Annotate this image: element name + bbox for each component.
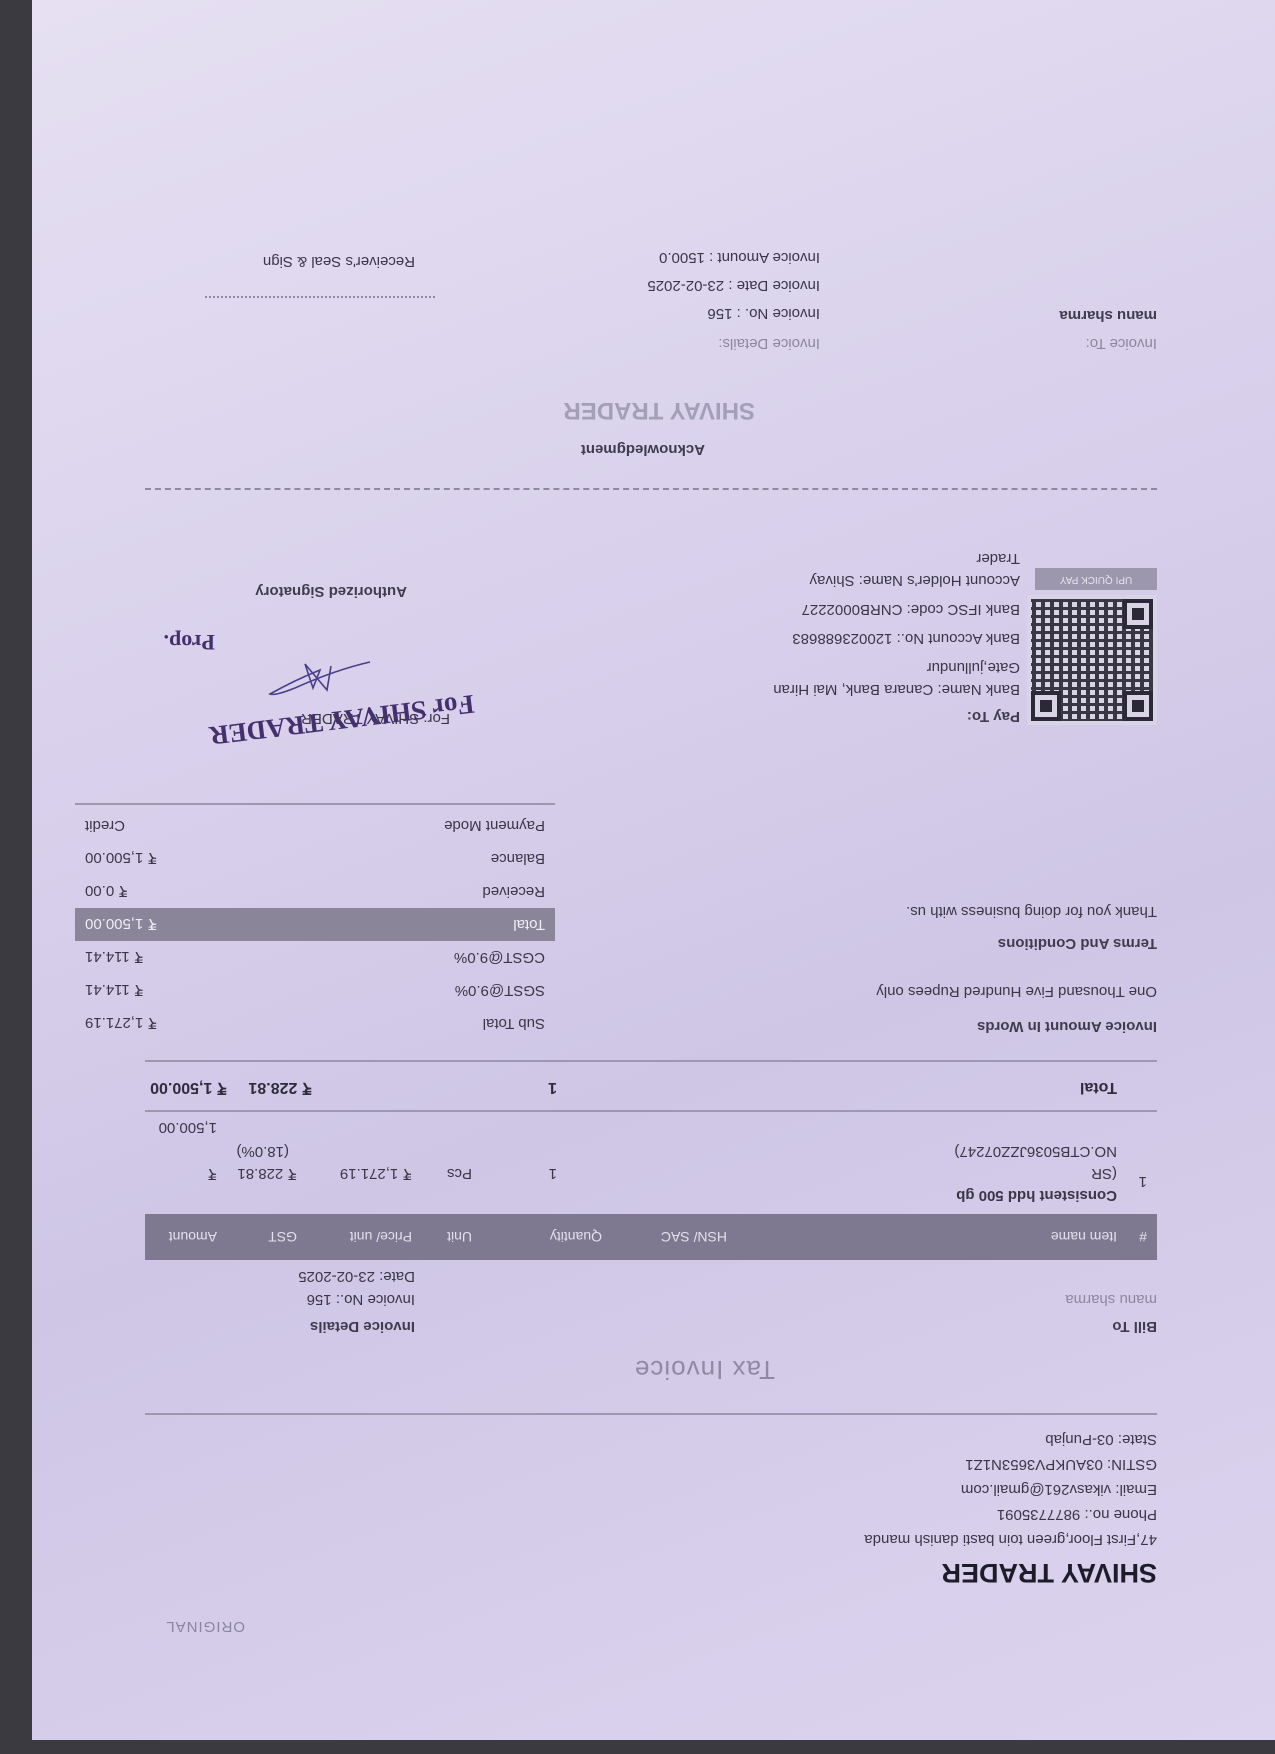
upi-badge: UPI QUICK PAY bbox=[1035, 568, 1157, 590]
invoice-page: ORIGINAL SHIVAY TRADER 47,First Floor,gr… bbox=[32, 0, 1275, 1740]
ack-invoice-to-name: manu sharma bbox=[1059, 307, 1157, 324]
company-phone: Phone no.: 9877735091 bbox=[997, 1506, 1157, 1523]
receiver-sign-line bbox=[205, 296, 435, 298]
receiver-seal-sign-label: Receiver's Seal & Sign bbox=[263, 253, 415, 270]
summary-payment-mode: Payment ModeCredit bbox=[75, 809, 555, 842]
summary-value: ₹ 0.00 bbox=[85, 882, 128, 900]
col-price: Price/ unit bbox=[350, 1214, 412, 1260]
company-gstin: GSTIN: 03AUKPV3653N1Z1 bbox=[965, 1456, 1157, 1473]
bank-name-cont: Gate,jullundur bbox=[927, 659, 1020, 676]
summary-table: Sub Total₹ 1,271.19 SGST@9.0%₹ 114.41 CG… bbox=[75, 807, 555, 1040]
terms-label: Terms And Conditions bbox=[998, 935, 1157, 952]
qr-finder-icon bbox=[1123, 691, 1153, 721]
ack-invoice-date: Invoice Date : 23-02-2025 bbox=[647, 277, 820, 294]
ack-invoice-amount: Invoice Amount : 1500.0 bbox=[659, 249, 820, 266]
authorized-signatory-label: Authorized Signatory bbox=[255, 583, 407, 600]
invoice-date: Date: 23-02-2025 bbox=[298, 1268, 415, 1285]
summary-label: CGST@9.0% bbox=[454, 949, 545, 966]
bill-to-name: manu sharma bbox=[1065, 1291, 1157, 1308]
row-item-serial-2: NO.CTB5036JZZ07247) bbox=[954, 1128, 1117, 1174]
invoice-paper: ORIGINAL SHIVAY TRADER 47,First Floor,gr… bbox=[32, 0, 1275, 1740]
col-index: # bbox=[1139, 1214, 1147, 1260]
company-name: SHIVAY TRADER bbox=[941, 1557, 1157, 1588]
summary-received: Received₹ 0.00 bbox=[75, 875, 555, 908]
summary-divider bbox=[75, 803, 555, 805]
row-price: ₹ 1,271.19 bbox=[340, 1150, 412, 1196]
table-total-row: Total 1 ₹ 228.81 ₹ 1,500.00 bbox=[145, 1064, 1157, 1110]
summary-sgst: SGST@9.0%₹ 114.41 bbox=[75, 974, 555, 1007]
summary-value: ₹ 114.41 bbox=[85, 948, 143, 966]
col-hsn: HSN/ SAC bbox=[661, 1214, 727, 1260]
total-label: Total bbox=[1080, 1064, 1117, 1110]
total-amount: ₹ 1,500.00 bbox=[150, 1064, 227, 1110]
summary-label: Payment Mode bbox=[444, 817, 545, 834]
summary-total: Total₹ 1,500.00 bbox=[75, 908, 555, 941]
ack-details-label: Invoice Details: bbox=[718, 335, 820, 352]
header-divider bbox=[145, 1413, 1157, 1415]
upi-qr-code bbox=[1027, 595, 1157, 725]
col-item-name: Item name bbox=[1051, 1214, 1117, 1260]
amount-words-label: Invoice Amount In Words bbox=[977, 1018, 1157, 1035]
amount-words-value: One Thousand Five Hundred Rupees only bbox=[876, 983, 1157, 1000]
bank-name: Bank Name: Canara Bank, Mai Hiran bbox=[773, 681, 1020, 698]
signature-icon bbox=[265, 655, 375, 700]
acknowledgment-company: SHIVAY TRADER bbox=[563, 396, 755, 424]
company-address: 47,First Floor,green toin basti danish m… bbox=[864, 1531, 1157, 1548]
summary-subtotal: Sub Total₹ 1,271.19 bbox=[75, 1007, 555, 1040]
summary-label: Balance bbox=[491, 850, 545, 867]
row-amount: ₹ 1,500.00 bbox=[145, 1104, 217, 1196]
table-divider-top bbox=[145, 1110, 1157, 1112]
table-divider-bottom bbox=[145, 1060, 1157, 1062]
ack-invoice-number: Invoice No. : 156 bbox=[707, 305, 820, 322]
summary-label: SGST@9.0% bbox=[455, 982, 545, 999]
acknowledgment-title: Acknowledgment bbox=[581, 441, 705, 458]
invoice-details-label: Invoice Details bbox=[310, 1318, 415, 1335]
total-gst: ₹ 228.81 bbox=[248, 1064, 312, 1110]
row-gst-rate: (18.0%) bbox=[236, 1128, 289, 1174]
bank-ifsc: Bank IFSC code: CNRB0002227 bbox=[802, 601, 1020, 618]
row-unit: Pcs bbox=[447, 1150, 472, 1196]
summary-value: ₹ 1,500.00 bbox=[85, 915, 157, 933]
summary-label: Sub Total bbox=[483, 1015, 545, 1032]
qr-finder-icon bbox=[1123, 599, 1153, 629]
summary-cgst: CGST@9.0%₹ 114.41 bbox=[75, 941, 555, 974]
row-index: 1 bbox=[1139, 1158, 1147, 1204]
terms-value: Thank you for doing business with us. bbox=[906, 903, 1157, 920]
summary-value: ₹ 1,500.00 bbox=[85, 849, 157, 867]
pay-to-label: Pay To: bbox=[967, 708, 1020, 725]
total-quantity: 1 bbox=[548, 1064, 557, 1110]
qr-finder-icon bbox=[1031, 691, 1061, 721]
summary-value: Credit bbox=[85, 817, 125, 834]
col-gst: GST bbox=[268, 1214, 297, 1260]
col-quantity: Quantity bbox=[550, 1214, 602, 1260]
summary-value: ₹ 1,271.19 bbox=[85, 1014, 157, 1032]
stamp-prop: Prop. bbox=[163, 629, 215, 655]
items-table-header: # Item name HSN/ SAC Quantity Unit Price… bbox=[145, 1214, 1157, 1260]
bill-to-label: Bill To bbox=[1112, 1318, 1157, 1335]
company-state: State: 03-Punjab bbox=[1045, 1431, 1157, 1448]
col-unit: Unit bbox=[447, 1214, 472, 1260]
table-row: 1 Consistent hdd 500 gb (SR NO.CTB5036JZ… bbox=[145, 1115, 1157, 1210]
account-holder-cont: Trader bbox=[976, 550, 1020, 567]
ack-invoice-to-label: Invoice To: bbox=[1086, 335, 1157, 352]
copy-label: ORIGINAL bbox=[165, 1618, 245, 1635]
invoice-number: Invoice No.: 156 bbox=[307, 1291, 415, 1308]
summary-label: Received bbox=[482, 883, 545, 900]
document-title: Tax Invoice bbox=[634, 1354, 775, 1385]
summary-balance: Balance₹ 1,500.00 bbox=[75, 842, 555, 875]
bank-account-no: Bank Account No.: 120023688683 bbox=[792, 630, 1020, 647]
summary-label: Total bbox=[513, 916, 545, 933]
summary-value: ₹ 114.41 bbox=[85, 981, 143, 999]
acknowledgment-cut-line bbox=[145, 488, 1157, 490]
row-quantity: 1 bbox=[549, 1150, 557, 1196]
company-email: Email: vikasv261@gmail.com bbox=[961, 1481, 1157, 1498]
col-amount: Amount bbox=[169, 1214, 217, 1260]
account-holder: Account Holder's Name: Shivay bbox=[810, 572, 1020, 589]
